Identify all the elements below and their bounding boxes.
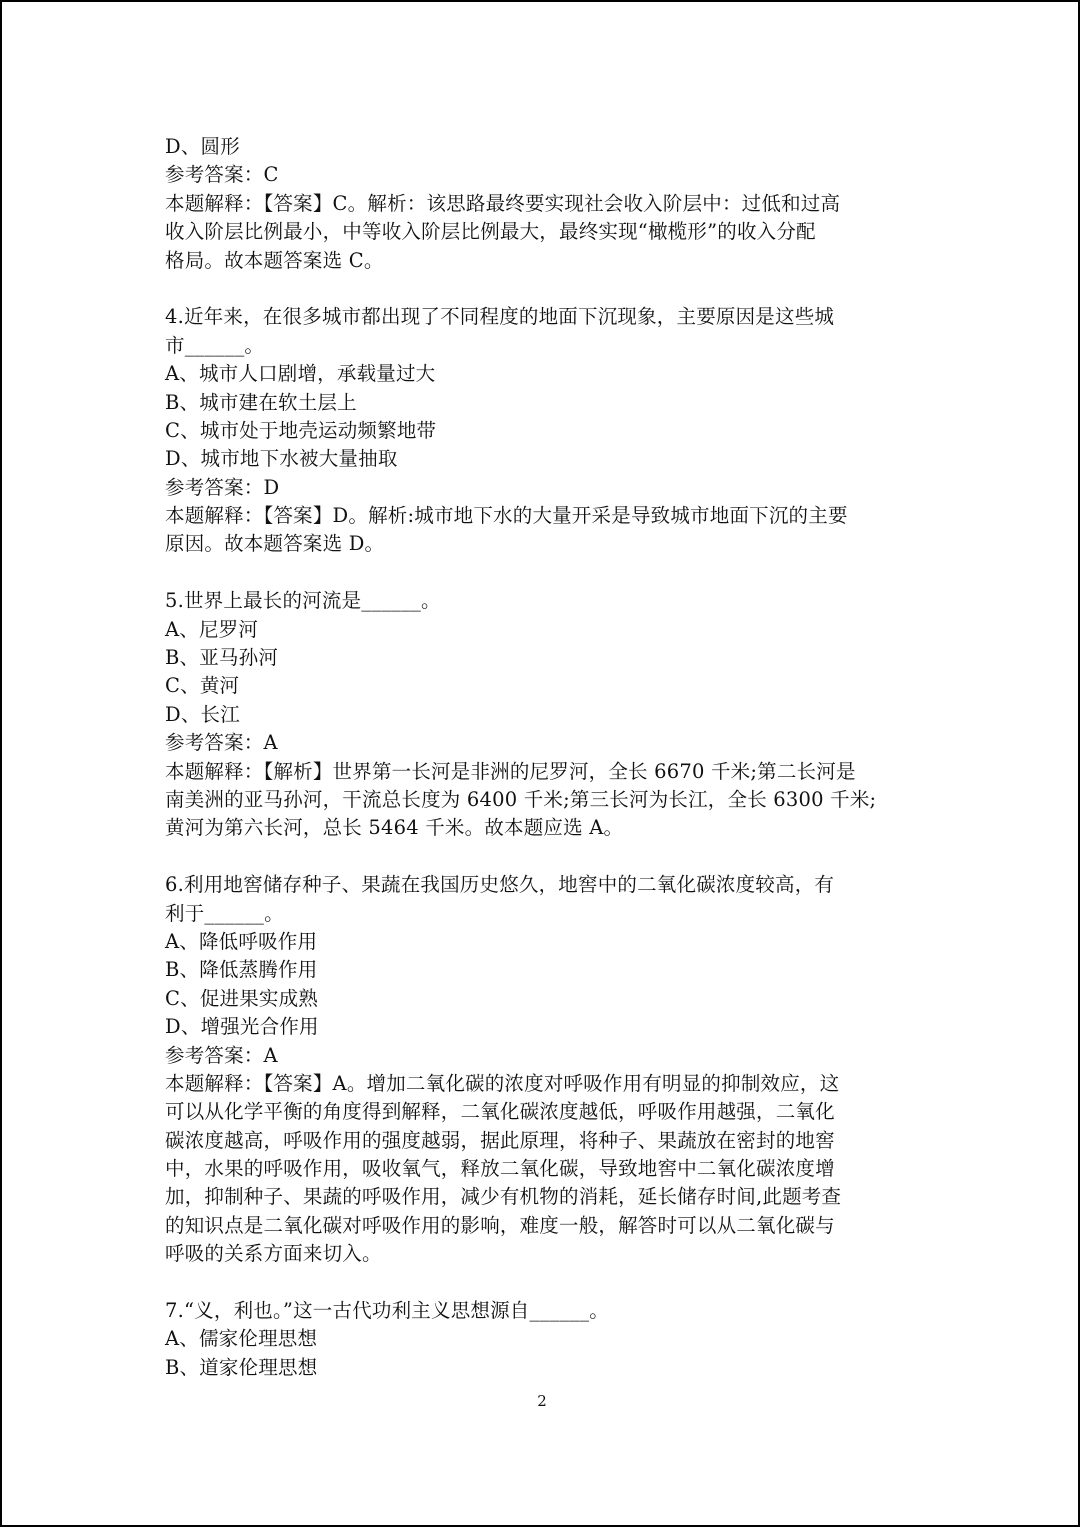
explanation-line: 可以从化学平衡的角度得到解释，二氧化碳浓度越低，呼吸作用越强，二氧化 — [165, 1098, 925, 1126]
option-c: C、促进果实成熟 — [165, 985, 925, 1013]
explanation-line: 的知识点是二氧化碳对呼吸作用的影响，难度一般，解答时可以从二氧化碳与 — [165, 1212, 925, 1240]
option-d: D、增强光合作用 — [165, 1013, 925, 1041]
explanation-line: 本题解释：【解析】世界第一长河是非洲的尼罗河，全长 6670 千米;第二长河是 — [165, 758, 925, 786]
explanation-line: 收入阶层比例最小，中等收入阶层比例最大，最终实现“橄榄形”的收入分配 — [165, 218, 925, 246]
explanation-line: 碳浓度越高，呼吸作用的强度越弱，据此原理，将种子、果蔬放在密封的地窖 — [165, 1127, 925, 1155]
option-a: A、尼罗河 — [165, 616, 925, 644]
option-c: C、城市处于地壳运动频繁地带 — [165, 417, 925, 445]
explanation-line: 加，抑制种子、果蔬的呼吸作用，减少有机物的消耗，延长储存时间,此题考查 — [165, 1183, 925, 1211]
reference-answer: 参考答案：C — [165, 161, 925, 189]
option-d: D、圆形 — [165, 133, 925, 161]
question-4: 4.近年来，在很多城市都出现了不同程度的地面下沉现象，主要原因是这些城 市___… — [165, 303, 925, 559]
explanation-line: 格局。故本题答案选 C。 — [165, 247, 925, 275]
explanation-line: 黄河为第六长河，总长 5464 千米。故本题应选 A。 — [165, 814, 925, 842]
question-stem: 6.利用地窖储存种子、果蔬在我国历史悠久，地窖中的二氧化碳浓度较高，有 — [165, 871, 925, 899]
question-stem: 4.近年来，在很多城市都出现了不同程度的地面下沉现象，主要原因是这些城 — [165, 303, 925, 331]
question-stem: 利于______。 — [165, 900, 925, 928]
option-a: A、城市人口剧增，承载量过大 — [165, 360, 925, 388]
page-content: D、圆形 参考答案：C 本题解释：【答案】C。解析：该思路最终要实现社会收入阶层… — [165, 133, 925, 1382]
option-a: A、儒家伦理思想 — [165, 1325, 925, 1353]
option-b: B、城市建在软土层上 — [165, 389, 925, 417]
option-c: C、黄河 — [165, 672, 925, 700]
question-7: 7.“义，利也。”这一古代功利主义思想源自______。 A、儒家伦理思想 B、… — [165, 1297, 925, 1382]
option-b: B、道家伦理思想 — [165, 1354, 925, 1382]
option-b: B、降低蒸腾作用 — [165, 956, 925, 984]
reference-answer: 参考答案：A — [165, 729, 925, 757]
explanation-line: 本题解释：【答案】D。解析:城市地下水的大量开采是导致城市地面下沉的主要 — [165, 502, 925, 530]
option-d: D、长江 — [165, 701, 925, 729]
explanation-line: 本题解释：【答案】A。增加二氧化碳的浓度对呼吸作用有明显的抑制效应，这 — [165, 1070, 925, 1098]
option-a: A、降低呼吸作用 — [165, 928, 925, 956]
option-d: D、城市地下水被大量抽取 — [165, 445, 925, 473]
option-b: B、亚马孙河 — [165, 644, 925, 672]
document-page: D、圆形 参考答案：C 本题解释：【答案】C。解析：该思路最终要实现社会收入阶层… — [0, 0, 1080, 1527]
explanation-line: 呼吸的关系方面来切入。 — [165, 1240, 925, 1268]
question-stem: 市______。 — [165, 332, 925, 360]
explanation-line: 南美洲的亚马孙河，干流总长度为 6400 千米;第三长河为长江，全长 6300 … — [165, 786, 925, 814]
reference-answer: 参考答案：D — [165, 474, 925, 502]
question-stem: 7.“义，利也。”这一古代功利主义思想源自______。 — [165, 1297, 925, 1325]
explanation-line: 原因。故本题答案选 D。 — [165, 530, 925, 558]
reference-answer: 参考答案：A — [165, 1042, 925, 1070]
question-6: 6.利用地窖储存种子、果蔬在我国历史悠久，地窖中的二氧化碳浓度较高，有 利于__… — [165, 871, 925, 1268]
explanation-line: 中，水果的呼吸作用，吸收氧气，释放二氧化碳，导致地窖中二氧化碳浓度增 — [165, 1155, 925, 1183]
page-number: 2 — [2, 1392, 1080, 1410]
question-5: 5.世界上最长的河流是______。 A、尼罗河 B、亚马孙河 C、黄河 D、长… — [165, 587, 925, 843]
question-stem: 5.世界上最长的河流是______。 — [165, 587, 925, 615]
explanation-line: 本题解释：【答案】C。解析：该思路最终要实现社会收入阶层中：过低和过高 — [165, 190, 925, 218]
question-3-tail: D、圆形 参考答案：C 本题解释：【答案】C。解析：该思路最终要实现社会收入阶层… — [165, 133, 925, 275]
